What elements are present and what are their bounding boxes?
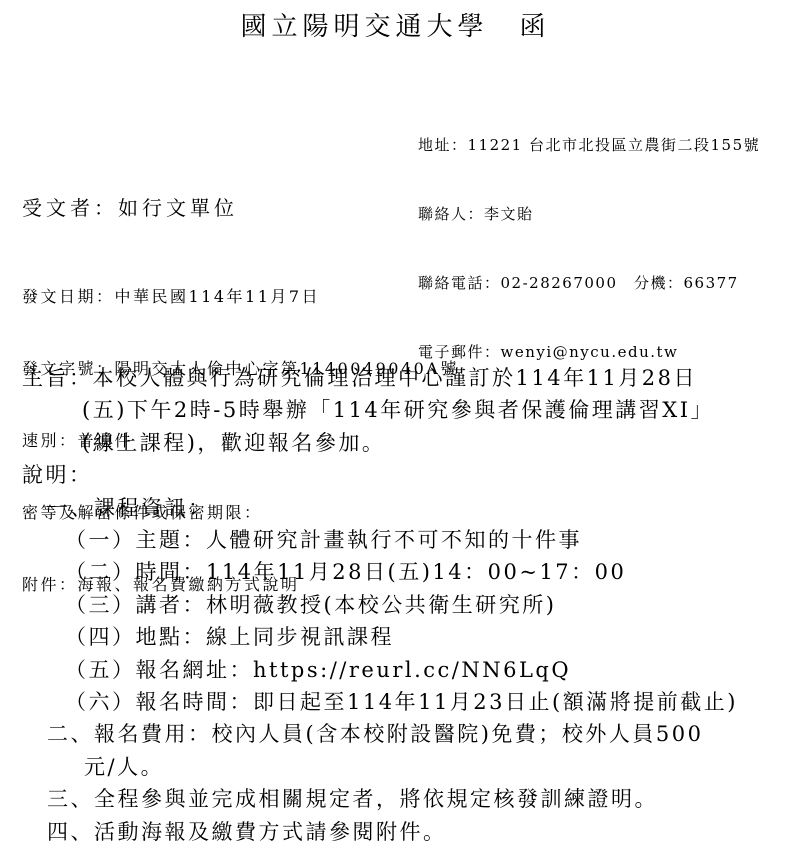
recipient-line: 受文者：如行文單位 [22,192,238,221]
official-letter-page: 國立陽明交通大學 函 地址：11221 台北市北投區立農街二段155號 聯絡人：… [0,0,791,843]
sender-contact-line: 聯絡人：李文貽 [418,203,760,226]
subject-line-3: (線上課程)，歡迎報名參加。 [22,427,786,459]
document-title: 國立陽明交通大學 函 [0,6,791,43]
explanation-item-1: 一、課程資訊： [22,492,786,524]
explanation-item-4: 四、活動海報及繳費方式請參閱附件。 [22,816,786,843]
sender-phone-line: 聯絡電話：02-28267000 分機：66377 [418,272,760,295]
subject-line-1: 主旨：本校人體與行為研究倫理治理中心謹訂於114年11月28日 [22,362,786,394]
explanation-item-2-continuation: 元/人。 [22,751,786,783]
subject-line-2: (五)下午2時-5時舉辦「114年研究參與者保護倫理講習XI」 [22,394,786,426]
sender-address-line: 地址：11221 台北市北投區立農街二段155號 [418,134,760,157]
doc-date-line: 發文日期：中華民國114年11月7日 [22,285,459,309]
explanation-item-1-1: （一）主題：人體研究計畫執行不可不知的十件事 [22,524,786,556]
explanation-item-2: 二、報名費用：校內人員(含本校附設醫院)免費；校外人員500 [22,718,786,750]
sender-email-line: 電子郵件：wenyi@nycu.edu.tw [418,341,760,364]
explanation-item-1-3: （三）講者：林明薇教授(本校公共衛生研究所) [22,589,786,621]
explanation-item-1-4: （四）地點：線上同步視訊課程 [22,621,786,653]
letter-body: 主旨：本校人體與行為研究倫理治理中心謹訂於114年11月28日 (五)下午2時-… [22,362,786,843]
explanation-item-1-2: （二）時間：114年11月28日(五)14：00~17：00 [22,556,786,588]
explanation-item-3: 三、全程參與並完成相關規定者，將依規定核發訓練證明。 [22,783,786,815]
explanation-item-1-5-registration-url: （五）報名網址：https://reurl.cc/NN6LqQ [22,654,786,686]
explanation-item-1-6: （六）報名時間：即日起至114年11月23日止(額滿將提前截止) [22,686,786,718]
explanation-heading: 說明： [22,459,786,491]
